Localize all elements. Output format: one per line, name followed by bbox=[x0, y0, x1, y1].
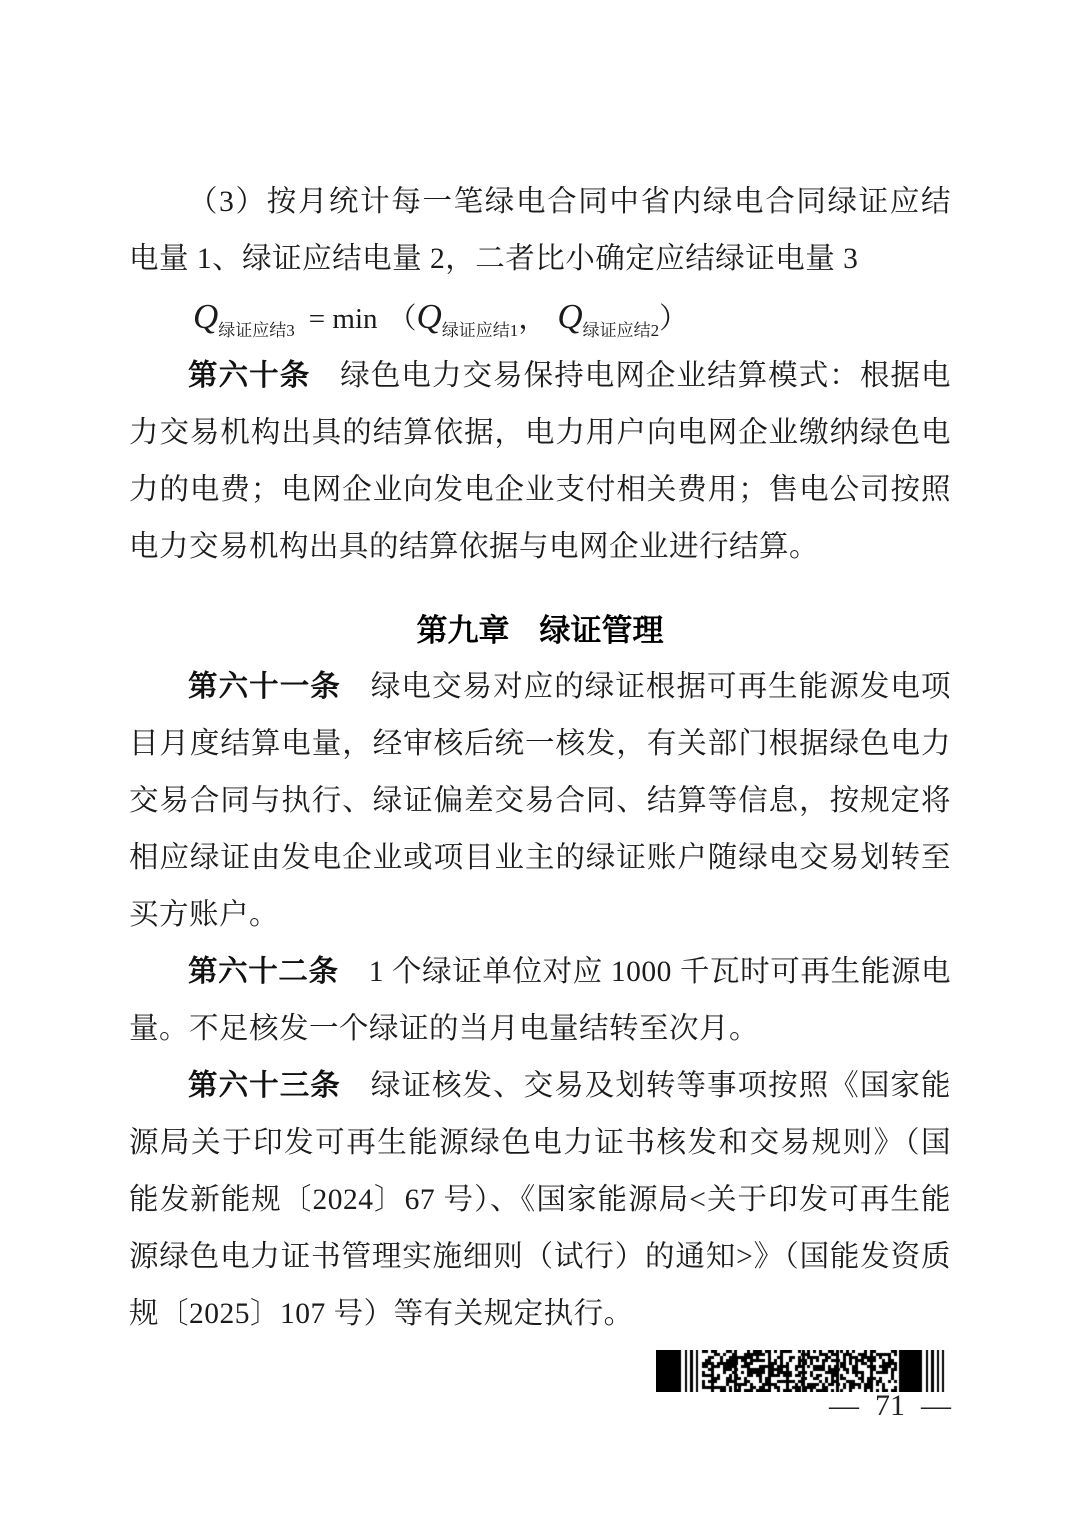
page-number: —71— bbox=[820, 1388, 960, 1424]
page-number-value: 71 bbox=[875, 1389, 905, 1422]
article-63-body: 绿证核发、交易及划转等事项按照《国家能源局关于印发可再生能源绿色电力证书核发和交… bbox=[129, 1070, 951, 1330]
article-62-number: 第六十二条 bbox=[188, 956, 339, 988]
chapter-heading: 第九章绿证管理 bbox=[129, 602, 951, 659]
formula-variable-q: Q bbox=[417, 297, 442, 336]
article-63-number: 第六十三条 bbox=[188, 1070, 341, 1102]
article-61-number: 第六十一条 bbox=[188, 671, 341, 703]
paragraph-point-3: （3）按月统计每一笔绿电合同中省内绿电合同绿证应结电量 1、绿证应结电量 2，二… bbox=[129, 174, 951, 288]
formula-subscript-a: 绿证应结1 bbox=[442, 321, 519, 340]
chapter-title: 绿证管理 bbox=[540, 613, 664, 648]
formula-operator-min: = min bbox=[309, 303, 378, 335]
formula-comma: ， bbox=[518, 303, 547, 335]
chapter-number: 第九章 bbox=[417, 613, 510, 648]
formula-subscript-result: 绿证应结3 bbox=[218, 321, 295, 340]
article-62: 第六十二条1 个绿证单位对应 1000 千瓦时可再生能源电量。不足核发一个绿证的… bbox=[129, 944, 951, 1058]
article-61-body: 绿电交易对应的绿证根据可再生能源发电项目月度结算电量，经审核后统一核发，有关部门… bbox=[129, 671, 951, 931]
formula-variable-q: Q bbox=[193, 297, 218, 336]
page-number-dash-left: — bbox=[829, 1389, 859, 1422]
document-page: （3）按月统计每一笔绿电合同中省内绿电合同绿证应结电量 1、绿证应结电量 2，二… bbox=[0, 0, 1080, 1527]
barcode-image bbox=[656, 1350, 946, 1392]
article-61: 第六十一条绿电交易对应的绿证根据可再生能源发电项目月度结算电量，经审核后统一核发… bbox=[129, 659, 951, 944]
page-content: （3）按月统计每一笔绿电合同中省内绿电合同绿证应结电量 1、绿证应结电量 2，二… bbox=[129, 174, 951, 1343]
article-60-number: 第六十条 bbox=[188, 360, 310, 392]
page-number-dash-right: — bbox=[921, 1389, 951, 1422]
formula-subscript-b: 绿证应结2 bbox=[583, 321, 660, 340]
formula: Q绿证应结3= min（Q绿证应结1，Q绿证应结2） bbox=[129, 288, 951, 348]
formula-variable-q: Q bbox=[557, 297, 582, 336]
article-60: 第六十条绿色电力交易保持电网企业结算模式：根据电力交易机构出具的结算依据，电力用… bbox=[129, 348, 951, 576]
formula-close-paren: ） bbox=[659, 303, 688, 335]
article-63: 第六十三条绿证核发、交易及划转等事项按照《国家能源局关于印发可再生能源绿色电力证… bbox=[129, 1058, 951, 1343]
formula-open-paren: （ bbox=[388, 303, 417, 335]
